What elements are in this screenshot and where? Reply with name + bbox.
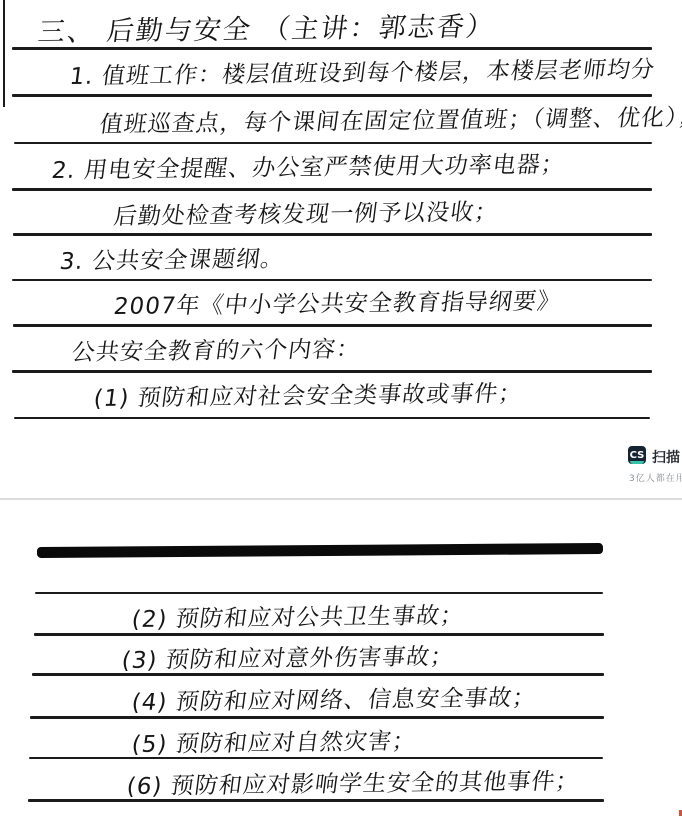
section-title: 三、 后勤与安全 （主讲：郭志香） [36,4,498,49]
handwritten-line: 值班巡查点，每个课间在固定位置值班；（调整、优化）； [98,99,682,139]
ruled-line [35,592,603,594]
ink-bar [37,543,603,558]
page-edge-line [3,0,5,107]
handwritten-line: 公共安全教育的六个内容： [70,330,363,367]
ruled-line [12,94,652,97]
camscanner-watermark: CS 扫描 3亿人都在用 [628,446,682,490]
ruled-line [32,673,604,676]
handwritten-line: (4) 预防和应对网络、信息安全事故； [130,679,539,717]
ruled-line [14,417,650,419]
ruled-line [29,757,603,759]
ruled-line [13,324,652,327]
handwritten-line: (2) 预防和应对公共卫生事故； [130,597,467,634]
ruled-line [14,142,652,144]
handwritten-line: 1. 值班工作：楼层值班设到每个楼层，本楼层老师均分 [68,51,657,91]
handwritten-line: (3) 预防和应对意外伤害事故； [120,638,457,675]
notebook-page-2: (2) 预防和应对公共卫生事故； (3) 预防和应对意外伤害事故； (4) 预防… [0,500,682,817]
watermark-tagline: 3亿人都在用 [629,471,682,484]
handwritten-line: 后勤处检查考核发现一例予以没收； [112,193,501,231]
ruled-line [34,633,604,636]
camscanner-logo-icon: CS [628,446,646,464]
notebook-page-1: 三、 后勤与安全 （主讲：郭志香） 1. 值班工作：楼层值班设到每个楼层，本楼层… [0,0,682,498]
handwritten-line: (1) 预防和应对社会安全类事故或事件； [92,375,525,413]
ruled-line [30,716,604,719]
ruled-line [28,799,604,802]
handwritten-line: (6) 预防和应对影响学生安全的其他事件； [125,762,582,801]
ruled-line [12,279,652,281]
watermark-brand-text: 扫描 [652,447,680,467]
handwritten-line: 3. 公共安全课题纲。 [58,240,287,276]
ruled-line [12,370,652,373]
handwritten-line: (5) 预防和应对自然灾害； [130,723,419,759]
handwritten-line: 2007年《中小学公共安全教育指导纲要》 [112,283,564,321]
scanned-notes-screenshot: { "page1": { "rows": [ { "text": "三、 后勤与… [0,0,682,817]
ruled-line [12,188,652,191]
ruled-line [13,233,652,236]
handwritten-line: 2. 用电安全提醒、办公室严禁使用大功率电器； [50,146,567,185]
